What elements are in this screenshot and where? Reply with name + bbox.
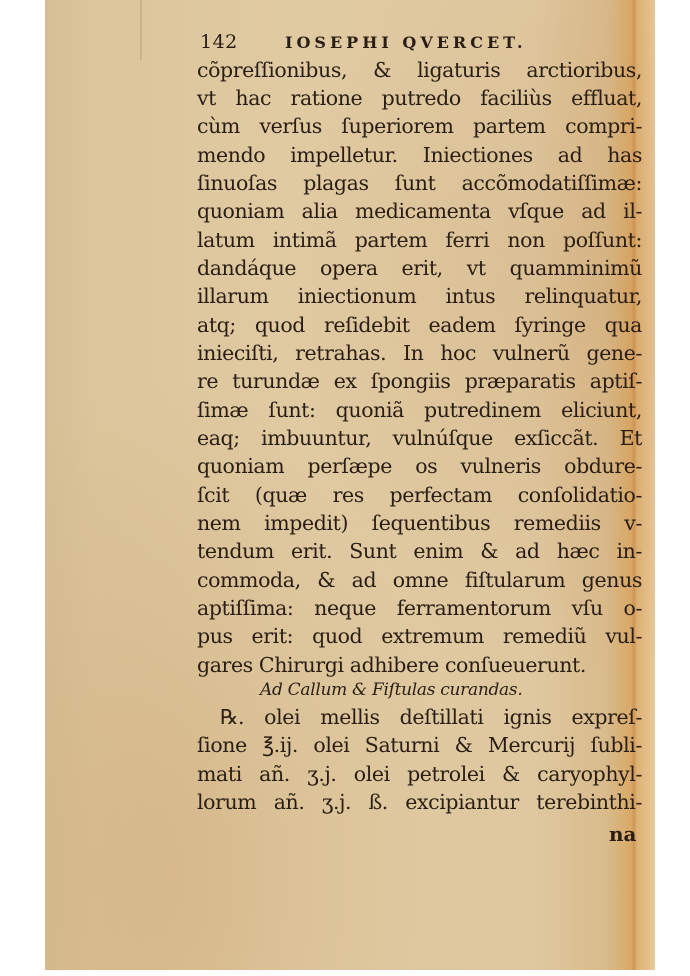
text-line: nem impedit) ſequentibus remediis v- xyxy=(197,511,642,535)
catchword: na xyxy=(609,822,637,846)
section-heading: Ad Callum & Fiſtulas curandas. xyxy=(260,680,522,700)
recipe-line: lorum añ. ʒ.j. ß. excipiantur terebinthi… xyxy=(197,790,642,814)
text-line: gares Chirurgi adhibere conſueuerunt. xyxy=(197,653,642,677)
text-line: re turundæ ex ſpongiis præparatis aptiſ- xyxy=(197,369,642,393)
text-line: cùm verſus ſuperiorem partem compri- xyxy=(197,114,642,138)
book-page: 142 IOSEPHI QVERCET. cõpreſſionibus, & l… xyxy=(45,0,655,970)
text-line: vt hac ratione putredo faciliùs effluat, xyxy=(197,86,642,110)
text-line: quoniam alia medicamenta vſque ad il- xyxy=(197,199,642,223)
page-number: 142 xyxy=(200,31,238,53)
text-line: aptiſſima: neque ferramentorum vſu o- xyxy=(197,596,642,620)
text-line: illarum iniectionum intus relinquatur, xyxy=(197,284,642,308)
text-line: inieciſti, retrahas. In hoc vulnerũ gene… xyxy=(197,341,642,365)
recipe-line: mati añ. ʒ.j. olei petrolei & caryophyl- xyxy=(197,762,642,786)
text-line: ſcit (quæ res perfectam conſolidatio- xyxy=(197,483,642,507)
text-line: quoniam perſæpe os vulneris obdure- xyxy=(197,454,642,478)
text-line: eaq; imbuuntur, vulnúſque exſiccãt. Et xyxy=(197,426,642,450)
running-head: IOSEPHI QVERCET. xyxy=(285,33,527,52)
text-line: pus erit: quod extremum remediũ vul- xyxy=(197,624,642,648)
recipe-line: ℞. olei mellis deſtillati ignis expreſ- xyxy=(220,705,642,729)
text-line: atq; quod reſidebit eadem ſyringe qua xyxy=(197,313,642,337)
text-line: ſimæ ſunt: quoniã putredinem eliciunt, xyxy=(197,398,642,422)
text-line: cõpreſſionibus, & ligaturis arctioribus, xyxy=(197,58,642,82)
text-line: latum intimã partem ferri non poſſunt: xyxy=(197,228,642,252)
text-line: ſinuoſas plagas ſunt accõmodatiſſimæ: xyxy=(197,171,642,195)
text-line: tendum erit. Sunt enim & ad hæc in- xyxy=(197,539,642,563)
recipe-line: ſione ℥.ij. olei Saturni & Mercurij ſubl… xyxy=(197,733,642,757)
text-line: mendo impelletur. Iniectiones ad has xyxy=(197,143,642,167)
text-line: dandáque opera erit, vt quamminimũ xyxy=(197,256,642,280)
text-line: commoda, & ad omne fiſtularum genus xyxy=(197,568,642,592)
